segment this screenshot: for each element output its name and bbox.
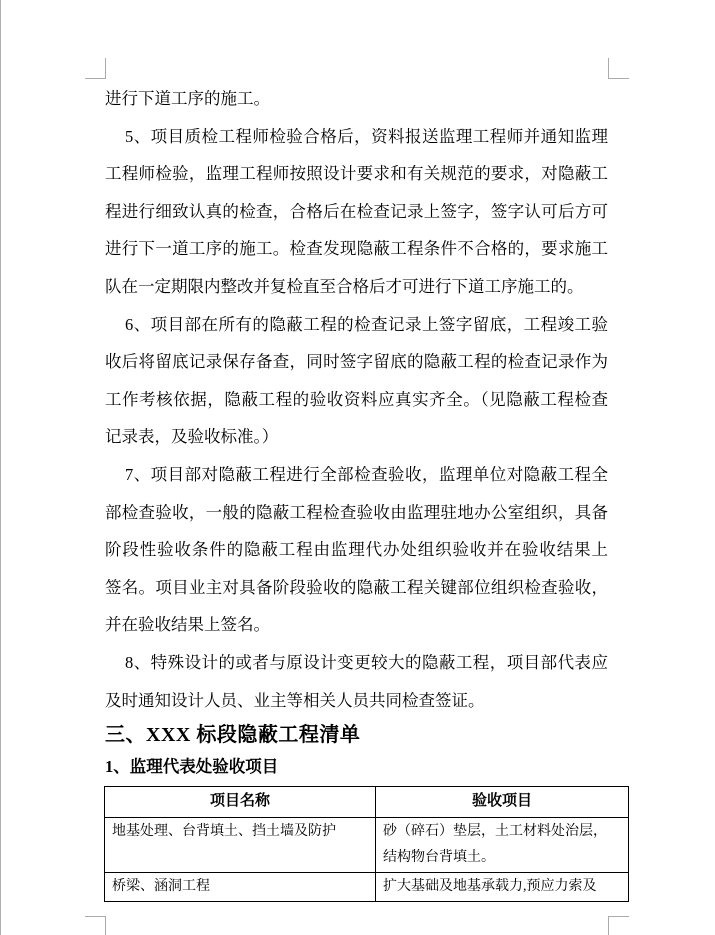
paragraph: 进行下道工序的施工。 bbox=[105, 80, 608, 118]
section-heading: 三、XXX 标段隐蔽工程清单 bbox=[105, 719, 608, 751]
acceptance-item-text: 结构物台背填土。 bbox=[383, 845, 621, 871]
acceptance-items-cell: 砂（碎石）垫层，土工材料处治层，结构物台背填土。 bbox=[376, 818, 629, 873]
acceptance-item-text: 砂（碎石）垫层，土工材料处治层， bbox=[383, 819, 621, 845]
text-line: 进行下一道工序的施工。检查发现隐蔽工程条件不合格的，要求施工 bbox=[105, 230, 608, 268]
table-header-cell: 项目名称 bbox=[105, 787, 376, 818]
margin-mark-bottom-left bbox=[85, 916, 106, 935]
project-name-cell: 地基处理、台背填土、挡土墙及防护 bbox=[105, 818, 376, 873]
text-line: 队在一定期限内整改并复检直至合格后才可进行下道工序施工的。 bbox=[105, 268, 608, 306]
table-header-row: 项目名称验收项目 bbox=[105, 787, 629, 818]
text-line: 阶段性验收条件的隐蔽工程由监理代办处组织验收并在验收结果上 bbox=[105, 531, 608, 569]
text-line: 记录表，及验收标准。） bbox=[105, 418, 608, 456]
body-text: 进行下道工序的施工。5、项目质检工程师检验合格后，资料报送监理工程师并通知监理工… bbox=[105, 80, 608, 719]
text-line: 工作考核依据，隐蔽工程的验收资料应真实齐全。（见隐蔽工程检查 bbox=[105, 381, 608, 419]
project-name-text: 地基处理、台背填土、挡土墙及防护 bbox=[112, 819, 368, 845]
text-line: 及时通知设计人员、业主等相关人员共同检查签证。 bbox=[105, 682, 608, 720]
paragraph: 8、特殊设计的或者与原设计变更较大的隐蔽工程，项目部代表应及时通知设计人员、业主… bbox=[105, 644, 608, 719]
paragraph: 6、项目部在所有的隐蔽工程的检查记录上签字留底，工程竣工验收后将留底记录保存备查… bbox=[105, 306, 608, 456]
table-row: 桥梁、涵洞工程扩大基础及地基承载力,预应力索及 bbox=[105, 873, 629, 902]
project-name-text: 桥梁、涵洞工程 bbox=[112, 874, 368, 900]
text-line: 收后将留底记录保存备查，同时签字留底的隐蔽工程的检查记录作为 bbox=[105, 343, 608, 381]
text-line: 进行下道工序的施工。 bbox=[105, 80, 608, 118]
subsection-heading: 1、监理代表处验收项目 bbox=[105, 753, 608, 781]
acceptance-items-cell: 扩大基础及地基承载力,预应力索及 bbox=[376, 873, 629, 902]
window-left-edge bbox=[0, 0, 1, 935]
paragraph: 5、项目质检工程师检验合格后，资料报送监理工程师并通知监理工程师检验，监理工程师… bbox=[105, 118, 608, 306]
text-line: 签名。项目业主对具备阶段验收的隐蔽工程关键部位组织检查验收， bbox=[105, 569, 608, 607]
text-line: 部检查验收，一般的隐蔽工程检查验收由监理驻地办公室组织，具备 bbox=[105, 494, 608, 532]
margin-mark-bottom-right bbox=[608, 916, 629, 935]
text-area: 进行下道工序的施工。5、项目质检工程师检验合格后，资料报送监理工程师并通知监理工… bbox=[105, 80, 608, 902]
paragraph: 7、项目部对隐蔽工程进行全部检查验收，监理单位对隐蔽工程全部检查验收，一般的隐蔽… bbox=[105, 456, 608, 644]
table-header-cell: 验收项目 bbox=[376, 787, 629, 818]
document-page: 进行下道工序的施工。5、项目质检工程师检验合格后，资料报送监理工程师并通知监理工… bbox=[0, 0, 715, 935]
text-line: 5、项目质检工程师检验合格后，资料报送监理工程师并通知监理 bbox=[105, 118, 608, 156]
table-row: 地基处理、台背填土、挡土墙及防护砂（碎石）垫层，土工材料处治层，结构物台背填土。 bbox=[105, 818, 629, 873]
acceptance-item-text: 扩大基础及地基承载力,预应力索及 bbox=[383, 874, 621, 900]
acceptance-table: 项目名称验收项目地基处理、台背填土、挡土墙及防护砂（碎石）垫层，土工材料处治层，… bbox=[104, 786, 629, 902]
text-line: 工程师检验，监理工程师按照设计要求和有关规范的要求，对隐蔽工 bbox=[105, 155, 608, 193]
margin-mark-top-right bbox=[608, 58, 629, 79]
text-line: 并在验收结果上签名。 bbox=[105, 606, 608, 644]
margin-mark-top-left bbox=[85, 58, 106, 79]
text-line: 6、项目部在所有的隐蔽工程的检查记录上签字留底，工程竣工验 bbox=[105, 306, 608, 344]
text-line: 程进行细致认真的检查，合格后在检查记录上签字，签字认可后方可 bbox=[105, 193, 608, 231]
acceptance-table-body: 项目名称验收项目地基处理、台背填土、挡土墙及防护砂（碎石）垫层，土工材料处治层，… bbox=[105, 787, 629, 902]
project-name-cell: 桥梁、涵洞工程 bbox=[105, 873, 376, 902]
text-line: 7、项目部对隐蔽工程进行全部检查验收，监理单位对隐蔽工程全 bbox=[105, 456, 608, 494]
text-line: 8、特殊设计的或者与原设计变更较大的隐蔽工程，项目部代表应 bbox=[105, 644, 608, 682]
